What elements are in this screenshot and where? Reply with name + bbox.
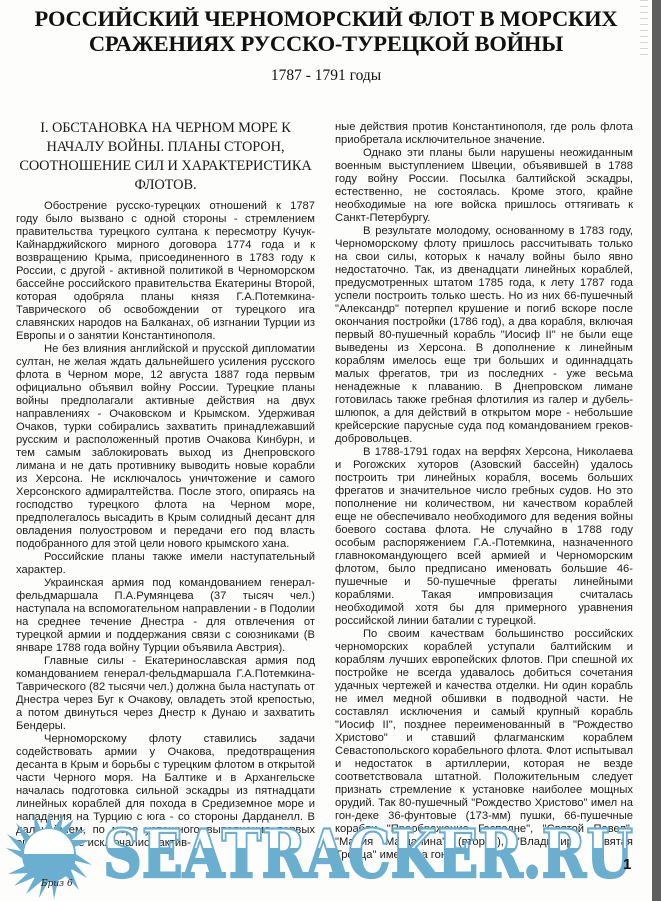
- paragraph: Обострение русско-турецких отношений к 1…: [16, 200, 315, 343]
- watermark-text: SEATRACKER.RU: [103, 820, 633, 882]
- title-line-2: СРАЖЕНИЯХ РУССКО-ТУРЕЦКОЙ ВОЙНЫ: [0, 31, 652, 56]
- paragraph-continued: ные действия против Константинополя, где…: [335, 121, 633, 147]
- paragraph: Украинская армия под командованием генер…: [16, 577, 315, 655]
- left-column: I. ОБСТАНОВКА НА ЧЕРНОМ МОРЕ К НАЧАЛУ ВО…: [16, 119, 315, 850]
- page-number: 1: [623, 856, 631, 873]
- title-line-1: РОССИЙСКИЙ ЧЕРНОМОРСКИЙ ФЛОТ В МОРСКИХ: [0, 6, 652, 31]
- years-subtitle: 1787 - 1791 годы: [0, 67, 652, 85]
- page-title: РОССИЙСКИЙ ЧЕРНОМОРСКИЙ ФЛОТ В МОРСКИХ С…: [0, 6, 652, 56]
- paragraph: В результате молодому, основанному в 178…: [335, 225, 633, 446]
- paragraph: Однако эти планы были нарушены неожиданн…: [335, 147, 633, 225]
- document-page: РОССИЙСКИЙ ЧЕРНОМОРСКИЙ ФЛОТ В МОРСКИХ С…: [0, 0, 652, 901]
- scan-right-edge: [652, 0, 661, 901]
- right-column: ные действия против Константинополя, где…: [335, 121, 633, 862]
- seatracker-watermark-logo: SEATRACKER.RU: [98, 820, 638, 882]
- paragraph: Российские планы также имели наступатель…: [16, 551, 315, 577]
- paragraph: Главные силы - Екатеринославская армия п…: [16, 655, 315, 733]
- logo-signature: Бриз 6: [41, 879, 73, 889]
- watermark-footer: SEATRACKER.RU Бриз 6: [0, 810, 652, 901]
- section-heading: I. ОБСТАНОВКА НА ЧЕРНОМ МОРЕ К НАЧАЛУ ВО…: [16, 119, 315, 195]
- paragraph: Не без влияния английской и прусской дип…: [16, 343, 315, 551]
- paragraph: В 1788-1791 годах на верфях Херсона, Ник…: [335, 446, 633, 628]
